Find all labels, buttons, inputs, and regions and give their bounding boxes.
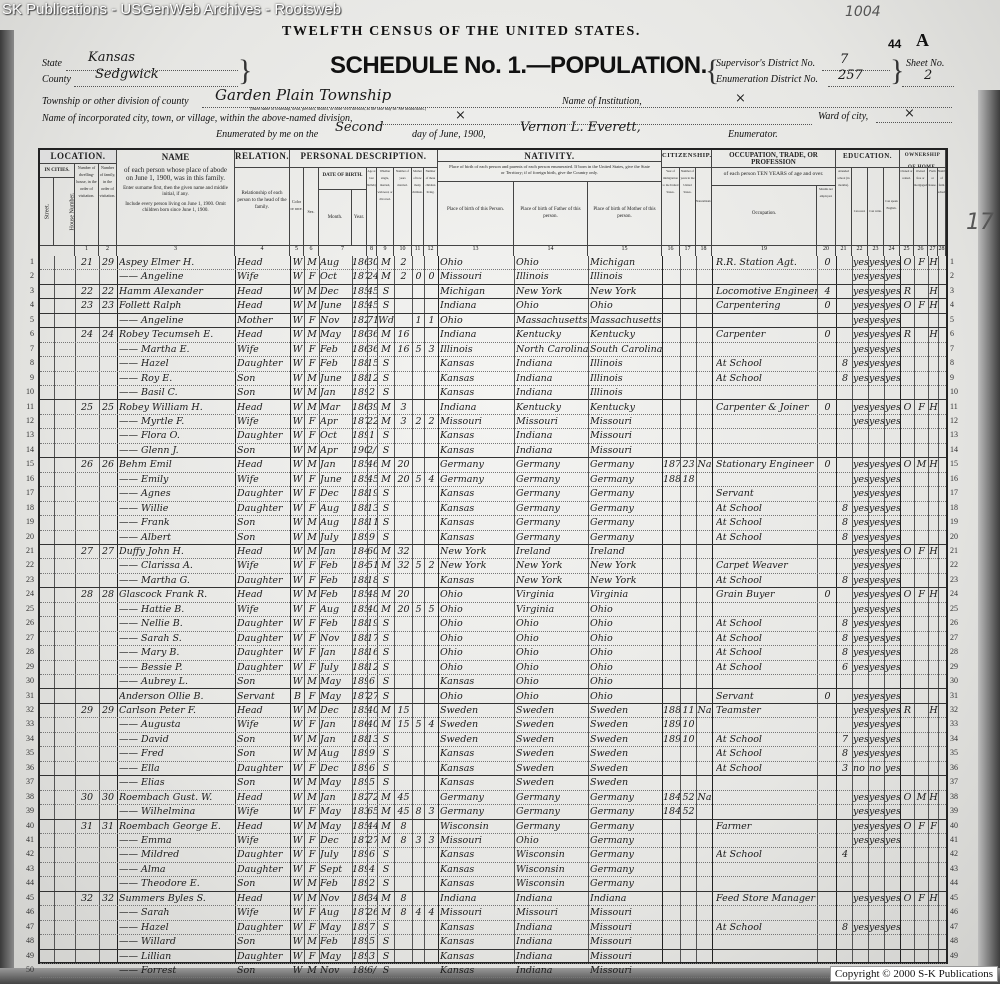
header-sex: Sex.	[304, 168, 319, 246]
cell-marital-status: M	[378, 603, 394, 617]
cell-birth-year: 1864	[352, 328, 367, 342]
cell-marital-status: S	[378, 285, 394, 299]
cell-farm-house	[929, 632, 938, 646]
cell-owned-rented: R	[901, 328, 914, 342]
cell-age: 6	[367, 762, 377, 776]
cell-speaks-english: yes	[885, 892, 900, 906]
cell-color: W	[291, 473, 304, 487]
cell-person-name: —— Frank	[119, 516, 235, 530]
cell-can-read: yes	[853, 704, 868, 718]
cell-years-married	[395, 285, 412, 299]
table-row: —— AgnesDaughterWFDec188019SKansasGerman…	[40, 487, 946, 501]
cell-birthplace: Kansas	[440, 848, 514, 862]
cell-relation: Daughter	[237, 429, 290, 443]
cell-immigration-year	[663, 762, 680, 776]
cell-color: W	[291, 401, 304, 415]
cell-birthplace: Kansas	[440, 921, 514, 935]
cell-children-born	[413, 386, 424, 400]
row-number-left: 10	[18, 387, 34, 396]
cell-marital-status: M	[378, 270, 394, 284]
cell-school-months	[838, 690, 852, 704]
cell-years-married	[395, 574, 412, 588]
cell-naturalization	[697, 401, 712, 415]
page-stamp: 44	[888, 37, 901, 51]
cell-father-birthplace: Indiana	[516, 357, 588, 371]
table-row: —— Flora O.DaughterWFOct18981SKansasIndi…	[40, 429, 946, 443]
cell-children-born: 5	[413, 343, 424, 357]
cell-years-married: 32	[395, 559, 412, 573]
cell-marital-status: S	[378, 950, 394, 964]
cell-family-number	[99, 877, 117, 891]
cell-owned-rented	[901, 372, 914, 386]
cell-farm-house: F	[929, 820, 938, 834]
cell-birth-year: 1859	[352, 704, 367, 718]
cell-relation: Wife	[237, 805, 290, 819]
cell-family-number	[99, 473, 117, 487]
cell-school-months	[838, 704, 852, 718]
cell-farm-house: H	[929, 892, 938, 906]
cell-free-mortgaged	[915, 314, 928, 328]
cell-immigration-year	[663, 646, 680, 660]
cell-farm-house: H	[929, 704, 938, 718]
cell-marital-status: M	[378, 473, 394, 487]
cell-children-living	[425, 863, 438, 877]
cell-naturalization	[697, 372, 712, 386]
cell-owned-rented	[901, 574, 914, 588]
sheet-number: 2	[924, 68, 932, 83]
cell-person-name: Robey Tecumseh E.	[119, 328, 235, 342]
cell-relation: Wife	[237, 343, 290, 357]
cell-children-born	[413, 747, 424, 761]
cell-can-write: yes	[869, 531, 884, 545]
cell-person-name: Glascock Frank R.	[119, 588, 235, 602]
cell-years-in-us	[681, 299, 696, 313]
cell-years-in-us	[681, 270, 696, 284]
cell-years-married	[395, 314, 412, 328]
cell-can-write: yes	[869, 270, 884, 284]
cell-children-born	[413, 863, 424, 877]
cell-children-living	[425, 776, 438, 790]
cell-birth-year: 1859	[352, 603, 367, 617]
cell-sex: M	[305, 401, 319, 415]
header-name-note-1: of each person whose place of abode on J…	[117, 164, 234, 184]
cell-can-write	[869, 863, 884, 877]
cell-birth-year: 1880	[352, 487, 367, 501]
cell-relation: Mother	[237, 314, 290, 328]
cell-farm-house	[929, 762, 938, 776]
cell-children-living: 2	[425, 415, 438, 429]
cell-birth-month: June	[320, 299, 352, 313]
cell-age: 19	[367, 617, 377, 631]
cell-years-married: 20	[395, 458, 412, 472]
cell-color: W	[291, 285, 304, 299]
cell-sex: F	[305, 921, 319, 935]
cell-owned-rented	[901, 559, 914, 573]
cell-relation: Servant	[237, 690, 290, 704]
cell-can-read: yes	[853, 299, 868, 313]
cell-mother-birthplace: Missouri	[590, 950, 662, 964]
cell-school-months: 8	[838, 502, 852, 516]
cell-mother-birthplace: Illinois	[590, 386, 662, 400]
cell-owned-rented	[901, 386, 914, 400]
cell-immigration-year	[663, 285, 680, 299]
cell-occupation: At School	[716, 848, 817, 862]
row-number-right: 23	[950, 575, 966, 584]
cell-owned-rented	[901, 747, 914, 761]
cell-birth-year: 1869	[352, 256, 367, 270]
cell-owned-rented	[901, 357, 914, 371]
cell-birthplace: Wisconsin	[440, 820, 514, 834]
cell-birthplace: New York	[440, 559, 514, 573]
cell-months-unemployed	[819, 848, 836, 862]
cell-free-mortgaged	[915, 733, 928, 747]
cell-children-born	[413, 791, 424, 805]
cell-speaks-english: yes	[885, 545, 900, 559]
cell-can-write: yes	[869, 415, 884, 429]
row-number-left: 37	[18, 777, 34, 786]
cell-years-in-us	[681, 762, 696, 776]
cell-farm-house	[929, 675, 938, 689]
city-value: ×	[455, 108, 466, 123]
cell-years-in-us	[681, 357, 696, 371]
cell-years-married: 8	[395, 834, 412, 848]
cell-birth-month: Feb	[320, 559, 352, 573]
cell-birth-month: May	[320, 675, 352, 689]
row-number-left: 3	[18, 286, 34, 295]
cell-color: W	[291, 892, 304, 906]
cell-can-write: yes	[869, 473, 884, 487]
cell-birthplace: Ohio	[440, 690, 514, 704]
ward-value: ×	[904, 106, 915, 121]
cell-can-read	[853, 935, 868, 949]
cell-school-months: 8	[838, 516, 852, 530]
row-number-left: 35	[18, 748, 34, 757]
table-row: —— Theodore E.SonWMFeb18982SKansasWiscon…	[40, 877, 946, 891]
cell-years-in-us	[681, 921, 696, 935]
table-row: 2727Duffy John H.HeadWMJan184060M32New Y…	[40, 545, 946, 559]
row-number-right: 41	[950, 835, 966, 844]
cell-children-born	[413, 877, 424, 891]
cell-owned-rented	[901, 776, 914, 790]
row-number-left: 31	[18, 691, 34, 700]
cell-can-write: yes	[869, 256, 884, 270]
cell-can-read: yes	[853, 892, 868, 906]
table-row: —— Glenn J.SonWMApr19002/12SKansasIndian…	[40, 444, 946, 458]
cell-children-living	[425, 964, 438, 978]
cell-family-number	[99, 921, 117, 935]
cell-speaks-english	[885, 444, 900, 458]
supervisor-district: 7	[840, 52, 848, 67]
cell-birth-year: 1887	[352, 372, 367, 386]
cell-years-married: 15	[395, 718, 412, 732]
cell-years-in-us	[681, 690, 696, 704]
cell-occupation: R.R. Station Agt.	[716, 256, 817, 270]
cell-dwelling-number	[75, 473, 99, 487]
cell-immigration-year	[663, 892, 680, 906]
cell-relation: Son	[237, 964, 290, 978]
cell-children-born	[413, 820, 424, 834]
cell-immigration-year: 1877	[663, 458, 680, 472]
cell-person-name: —— Roy E.	[119, 372, 235, 386]
cell-birthplace: Michigan	[440, 285, 514, 299]
cell-father-birthplace: Ohio	[516, 617, 588, 631]
cell-mother-birthplace: Missouri	[590, 906, 662, 920]
cell-months-unemployed	[819, 935, 836, 949]
cell-sex: F	[305, 502, 319, 516]
cell-months-unemployed	[819, 892, 836, 906]
cell-birth-year: 1899	[352, 964, 367, 978]
row-number-right: 9	[950, 373, 966, 382]
cell-can-read: yes	[853, 328, 868, 342]
cell-school-months	[838, 805, 852, 819]
cell-immigration-year	[663, 950, 680, 964]
cell-naturalization	[697, 805, 712, 819]
row-number-left: 13	[18, 430, 34, 439]
cell-years-in-us	[681, 834, 696, 848]
cell-free-mortgaged	[915, 718, 928, 732]
row-number-right: 46	[950, 907, 966, 916]
cell-person-name: —— Emily	[119, 473, 235, 487]
cell-dwelling-number	[75, 559, 99, 573]
cell-color: W	[291, 386, 304, 400]
cell-children-born	[413, 935, 424, 949]
cell-immigration-year	[663, 429, 680, 443]
cell-mother-birthplace: Ohio	[590, 646, 662, 660]
cell-months-unemployed: 0	[819, 299, 836, 313]
cell-can-read: yes	[853, 458, 868, 472]
cell-color: W	[291, 415, 304, 429]
cell-years-in-us: 11	[681, 704, 696, 718]
cell-free-mortgaged	[915, 502, 928, 516]
cell-age: 2/12	[367, 444, 377, 458]
cell-speaks-english: yes	[885, 285, 900, 299]
cell-color: W	[291, 458, 304, 472]
cell-father-birthplace: Sweden	[516, 704, 588, 718]
cell-person-name: —— Emma	[119, 834, 235, 848]
cell-can-write: yes	[869, 791, 884, 805]
header-birth-father: Place of birth of Father of this person.	[514, 182, 588, 246]
cell-mother-birthplace: Missouri	[590, 444, 662, 458]
cell-months-unemployed	[819, 791, 836, 805]
cell-farm-house	[929, 574, 938, 588]
table-row: 3131Roembach George E.HeadWMMay185644M8W…	[40, 820, 946, 834]
row-number-right: 27	[950, 633, 966, 642]
cell-father-birthplace: Sweden	[516, 733, 588, 747]
cell-immigration-year	[663, 632, 680, 646]
row-number-left: 47	[18, 922, 34, 931]
cell-years-in-us	[681, 545, 696, 559]
cell-father-birthplace: Germany	[516, 502, 588, 516]
cell-father-birthplace: Germany	[516, 473, 588, 487]
cell-years-in-us: 52	[681, 791, 696, 805]
row-number-left: 22	[18, 560, 34, 569]
cell-owned-rented	[901, 415, 914, 429]
cell-years-married	[395, 444, 412, 458]
cell-can-write: yes	[869, 458, 884, 472]
cell-marital-status: S	[378, 762, 394, 776]
cell-months-unemployed	[819, 906, 836, 920]
cell-dwelling-number	[75, 646, 99, 660]
cell-age: 13	[367, 502, 377, 516]
cell-occupation: Farmer	[716, 820, 817, 834]
cell-mother-birthplace: Germany	[590, 877, 662, 891]
cell-father-birthplace: Sweden	[516, 776, 588, 790]
cell-occupation: Stationary Engineer	[716, 458, 817, 472]
cell-farm-house	[929, 343, 938, 357]
cell-sex: M	[305, 299, 319, 313]
cell-free-mortgaged	[915, 675, 928, 689]
cell-years-in-us: 10	[681, 718, 696, 732]
cell-can-read: yes	[853, 921, 868, 935]
cell-father-birthplace: Ohio	[516, 299, 588, 313]
cell-years-in-us	[681, 487, 696, 501]
cell-free-mortgaged	[915, 372, 928, 386]
cell-occupation: Carpenter & Joiner	[716, 401, 817, 415]
colnum-21: 21	[836, 246, 852, 256]
cell-person-name: —— Angeline	[119, 314, 235, 328]
cell-person-name: —— Albert	[119, 531, 235, 545]
cell-marital-status: S	[378, 733, 394, 747]
row-number-left: 43	[18, 864, 34, 873]
cell-children-born	[413, 285, 424, 299]
cell-birthplace: Ohio	[440, 256, 514, 270]
cell-occupation	[716, 776, 817, 790]
cell-birthplace: Kansas	[440, 502, 514, 516]
cell-immigration-year	[663, 964, 680, 978]
cell-children-living	[425, 762, 438, 776]
cell-free-mortgaged	[915, 935, 928, 949]
cell-color: W	[291, 950, 304, 964]
cell-naturalization	[697, 834, 712, 848]
header-age: Age at last birthday.	[367, 168, 377, 246]
cell-sex: M	[305, 328, 319, 342]
scan-left-edge	[0, 30, 14, 984]
cell-can-read: yes	[853, 357, 868, 371]
cell-birthplace: Indiana	[440, 892, 514, 906]
cell-free-mortgaged	[915, 343, 928, 357]
cell-occupation: At School	[716, 531, 817, 545]
colnum-9: 9	[377, 246, 394, 256]
cell-naturalization	[697, 285, 712, 299]
cell-person-name: —— Ella	[119, 762, 235, 776]
cell-children-born	[413, 762, 424, 776]
cell-dwelling-number: 21	[75, 256, 99, 270]
cell-free-mortgaged	[915, 328, 928, 342]
cell-father-birthplace: Ohio	[516, 675, 588, 689]
table-row: —— AngelineWifeWFOct187524M200MissouriIl…	[40, 270, 946, 284]
cell-years-married	[395, 776, 412, 790]
cell-children-born: 1	[413, 314, 424, 328]
cell-marital-status: M	[378, 458, 394, 472]
cell-years-in-us	[681, 935, 696, 949]
cell-years-in-us	[681, 256, 696, 270]
cell-children-living	[425, 690, 438, 704]
cell-occupation: At School	[716, 733, 817, 747]
colnum-16: 16	[662, 246, 680, 256]
cell-children-living	[425, 458, 438, 472]
cell-naturalization	[697, 747, 712, 761]
enumeration-line	[828, 86, 890, 87]
cell-birth-year: 1893	[352, 848, 367, 862]
cell-birthplace: Kansas	[440, 950, 514, 964]
row-number-right: 4	[950, 300, 966, 309]
cell-color: W	[291, 603, 304, 617]
cell-age: 39	[367, 401, 377, 415]
cell-sex: M	[305, 531, 319, 545]
cell-immigration-year	[663, 603, 680, 617]
colnum-8: 8	[367, 246, 377, 256]
cell-naturalization	[697, 386, 712, 400]
cell-dwelling-number	[75, 718, 99, 732]
cell-mother-birthplace: Ohio	[590, 299, 662, 313]
cell-dwelling-number: 29	[75, 704, 99, 718]
cell-father-birthplace: Missouri	[516, 415, 588, 429]
cell-birth-year: 1897	[352, 950, 367, 964]
cell-marital-status: M	[378, 401, 394, 415]
header-relation: RELATION.	[235, 150, 290, 168]
cell-naturalization: Na	[697, 791, 712, 805]
cell-years-in-us: 52	[681, 805, 696, 819]
cell-children-living	[425, 646, 438, 660]
cell-farm-house	[929, 415, 938, 429]
cell-family-number	[99, 848, 117, 862]
cell-person-name: —— Mildred	[119, 848, 235, 862]
cell-birth-year: 1864	[352, 343, 367, 357]
colnum-1: 1	[75, 246, 99, 256]
cell-children-living	[425, 820, 438, 834]
cell-school-months: 8	[838, 531, 852, 545]
cell-family-number	[99, 863, 117, 877]
cell-free-mortgaged: F	[915, 588, 928, 602]
cell-birth-month: Nov	[320, 964, 352, 978]
cell-occupation: Grain Buyer	[716, 588, 817, 602]
cell-birth-month: Dec	[320, 704, 352, 718]
cell-immigration-year	[663, 386, 680, 400]
cell-years-in-us	[681, 848, 696, 862]
header-marital: Whether single, married, widowed, or div…	[377, 168, 394, 246]
cell-years-married: 8	[395, 892, 412, 906]
cell-owned-rented	[901, 805, 914, 819]
cell-occupation	[716, 473, 817, 487]
colnum-3: 3	[117, 246, 235, 256]
cell-father-birthplace: Wisconsin	[516, 877, 588, 891]
table-row: —— FrankSonWMAug188811SKansasGermanyGerm…	[40, 516, 946, 530]
cell-immigration-year	[663, 328, 680, 342]
cell-naturalization	[697, 675, 712, 689]
cell-speaks-english: yes	[885, 256, 900, 270]
cell-occupation: At School	[716, 921, 817, 935]
table-row: —— Basil C.SonWMJan18982SKansasIndianaIl…	[40, 386, 946, 400]
cell-birth-year: 1855	[352, 299, 367, 313]
cell-birthplace: Ohio	[440, 603, 514, 617]
cell-can-write: yes	[869, 805, 884, 819]
cell-owned-rented	[901, 343, 914, 357]
cell-marital-status: S	[378, 675, 394, 689]
cell-person-name: Summers Byles S.	[119, 892, 235, 906]
cell-birth-month: Mar	[320, 401, 352, 415]
cell-can-write: yes	[869, 502, 884, 516]
cell-birth-month: May	[320, 921, 352, 935]
cell-children-born	[413, 487, 424, 501]
cell-naturalization	[697, 328, 712, 342]
cell-years-in-us	[681, 892, 696, 906]
cell-color: W	[291, 863, 304, 877]
cell-sex: F	[305, 834, 319, 848]
cell-free-mortgaged	[915, 747, 928, 761]
header-living: Number of these children living.	[424, 168, 438, 246]
cell-dwelling-number	[75, 675, 99, 689]
cell-dwelling-number	[75, 574, 99, 588]
